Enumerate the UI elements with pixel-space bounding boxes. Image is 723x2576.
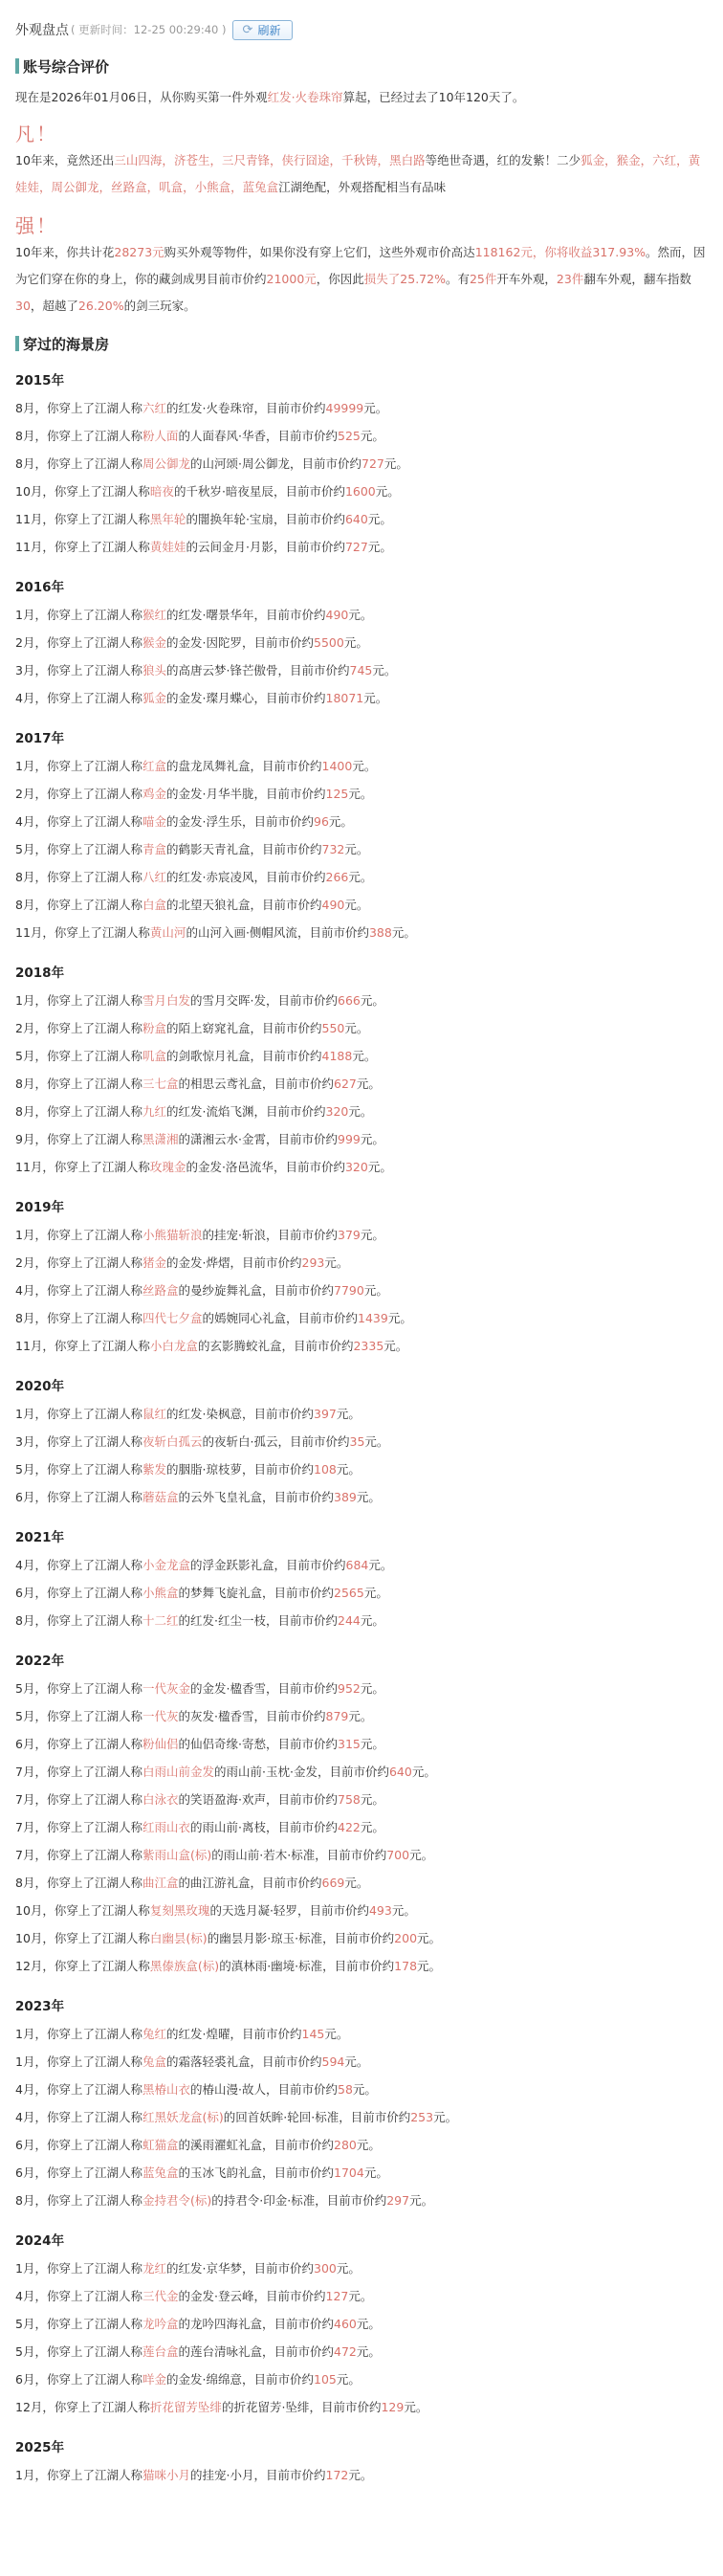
entry-of: 的 [190, 1820, 203, 1834]
combo-item: 蓝兔盒 [243, 180, 279, 194]
entry-price: 125 [326, 787, 349, 801]
entry-month: 4月 [15, 2110, 34, 2124]
entry-month: 5月 [15, 1709, 34, 1723]
entry-price-prefix: ，目前市价约 [290, 456, 361, 471]
entry-of: 的 [190, 2082, 203, 2097]
entry-price-prefix: ，目前市价约 [251, 759, 322, 773]
entry-item-name: 金发·浮生乐 [179, 814, 242, 829]
year-title: 2018年 [15, 960, 708, 987]
fan-tail: 江湖绝配，外观搭配相当有品味 [278, 180, 446, 194]
entry-unit: 元。 [364, 2165, 388, 2180]
entry-nickname: 黑椿山衣 [142, 2082, 190, 2097]
entry-unit: 元。 [357, 1077, 381, 1091]
update-time-label: ( 更新时间：12-25 00:29:40 ) [71, 22, 227, 37]
entry-prefix: ，你穿上了江湖人称 [34, 1848, 142, 1862]
list-item: 8月，你穿上了江湖人称十二红的红发·红尘一枝，目前市价约244元。 [15, 1607, 708, 1634]
list-item: 5月，你穿上了江湖人称青盒的鹤影天青礼盒，目前市价约732元。 [15, 835, 708, 863]
entry-of: 的 [178, 1876, 190, 1890]
entry-item-name: 红发·煌曜 [179, 2027, 230, 2041]
entry-nickname: 黑年轮 [150, 512, 186, 526]
entry-price: 1439 [358, 1311, 388, 1325]
entry-price: 172 [326, 2468, 349, 2482]
list-item: 10月，你穿上了江湖人称暗夜的千秋岁·暗夜星辰，目前市价约1600元。 [15, 477, 708, 505]
entry-unit: 元。 [409, 1848, 433, 1862]
entry-month: 1月 [15, 1407, 34, 1421]
entry-unit: 元。 [344, 842, 368, 856]
qiang-heading: 强！ [15, 214, 708, 237]
list-item: 1月，你穿上了江湖人称雪月白发的雪月交晖·发，目前市价约666元。 [15, 987, 708, 1014]
entry-prefix: ，你穿上了江湖人称 [34, 1434, 142, 1449]
entry-item-name: 人面春风·华香 [190, 429, 266, 443]
entry-prefix: ，你穿上了江湖人称 [34, 2054, 142, 2069]
entry-month: 8月 [15, 1613, 34, 1628]
entry-price-prefix: ，目前市价约 [253, 787, 325, 801]
entry-item-name: 红发·曙景华年 [179, 608, 254, 622]
entry-price-prefix: ，目前市价约 [253, 2289, 325, 2303]
entry-unit: 元。 [384, 456, 408, 471]
entry-item-name: 千秋岁·暗夜星辰 [186, 484, 273, 499]
entry-unit: 元。 [344, 1021, 368, 1035]
entry-of: 的 [166, 608, 179, 622]
entry-prefix: ，你穿上了江湖人称 [34, 898, 142, 912]
entry-price-prefix: ，目前市价约 [251, 1049, 322, 1063]
year-block: 2017年1月，你穿上了江湖人称红盒的盘龙凤舞礼盒，目前市价约1400元。2月，… [15, 725, 708, 946]
entry-unit: 元。 [344, 635, 368, 650]
entry-price: 244 [338, 1613, 361, 1628]
list-item: 4月，你穿上了江湖人称喵金的金发·浮生乐，目前市价约96元。 [15, 808, 708, 835]
year-title: 2015年 [15, 367, 708, 394]
entry-price: 129 [381, 2400, 404, 2414]
entry-nickname: 一代灰金 [142, 1681, 190, 1696]
entry-nickname: 金持君令(标) [142, 2193, 211, 2208]
separator: ， [676, 153, 689, 167]
entry-price-prefix: ，目前市价约 [242, 2261, 314, 2276]
entry-prefix: ，你穿上了江湖人称 [34, 635, 142, 650]
entry-item-name: 金发·楹香雪 [203, 1681, 266, 1696]
entry-nickname: 猫咪小月 [142, 2468, 190, 2482]
combo-item: 周公御龙 [52, 180, 99, 194]
year-title: 2019年 [15, 1194, 708, 1221]
entry-prefix: ，你穿上了江湖人称 [34, 1709, 142, 1723]
year-block: 2018年1月，你穿上了江湖人称雪月白发的雪月交晖·发，目前市价约666元。2月… [15, 960, 708, 1181]
entry-prefix: ，你穿上了江湖人称 [34, 993, 142, 1008]
combo-item: 丝路盒 [111, 180, 147, 194]
entry-prefix: ，你穿上了江湖人称 [34, 870, 142, 884]
entry-price: 684 [346, 1558, 369, 1572]
list-item: 7月，你穿上了江湖人称白泳衣的笑语盈海·欢声，目前市价约758元。 [15, 1786, 708, 1813]
entry-nickname: 六红 [142, 401, 166, 415]
entry-of: 的 [202, 1434, 214, 1449]
entry-price: 320 [326, 1104, 349, 1119]
entry-month: 11月 [15, 512, 42, 526]
entry-of: 的 [178, 1586, 190, 1600]
entry-prefix: ，你穿上了江湖人称 [34, 1490, 142, 1504]
entry-prefix: ，你穿上了江湖人称 [34, 1820, 142, 1834]
rare-item: 三山四海 [114, 153, 162, 167]
entry-month: 4月 [15, 2082, 34, 2097]
entry-item-name: 胭脂·琼枝萝 [179, 1462, 242, 1477]
list-item: 3月，你穿上了江湖人称狼头的高唐云梦·锋芒傲骨，目前市价约745元。 [15, 656, 708, 684]
entry-nickname: 白盒 [142, 898, 166, 912]
entry-price: 293 [302, 1255, 325, 1270]
fan-lead: 10年来，竟然还出 [15, 153, 114, 167]
entry-item-name: 云间金月·月影 [198, 540, 274, 554]
entry-month: 4月 [15, 1283, 34, 1298]
entry-item-name: 金发·绵绵意 [179, 2372, 242, 2387]
entry-prefix: ，你穿上了江湖人称 [42, 1931, 150, 1945]
list-item: 4月，你穿上了江湖人称红黑妖龙盒(标)的回首妖眸·轮回·标准，目前市价约253元… [15, 2103, 708, 2131]
entry-price: 105 [314, 2372, 337, 2387]
entry-price: 1704 [334, 2165, 364, 2180]
year-block: 2023年1月，你穿上了江湖人称兔红的红发·煌曜，目前市价约145元。1月，你穿… [15, 1993, 708, 2214]
year-title: 2016年 [15, 574, 708, 601]
list-item: 4月，你穿上了江湖人称三代金的金发·登云峰，目前市价约127元。 [15, 2282, 708, 2310]
entry-item-name: 雪月交晖·发 [203, 993, 266, 1008]
entry-item-name: 鹤影天青礼盒 [179, 842, 251, 856]
entry-month: 5月 [15, 1681, 34, 1696]
entry-price-prefix: ，目前市价约 [251, 2054, 322, 2069]
entry-prefix: ，你穿上了江湖人称 [42, 1959, 150, 1973]
entry-price-prefix: ，目前市价约 [274, 540, 345, 554]
entry-prefix: ，你穿上了江湖人称 [34, 608, 142, 622]
combo-item: 小熊盒 [195, 180, 231, 194]
entry-price: 108 [314, 1462, 337, 1477]
list-item: 6月，你穿上了江湖人称虹猫盒的溪雨濯虹礼盒，目前市价约280元。 [15, 2131, 708, 2159]
entry-price: 594 [322, 2054, 345, 2069]
entry-month: 6月 [15, 2372, 34, 2387]
entry-price: 1400 [322, 759, 353, 773]
entry-month: 8月 [15, 870, 34, 884]
entry-prefix: ，你穿上了江湖人称 [34, 2289, 142, 2303]
entry-of: 的 [211, 1848, 224, 1862]
entry-nickname: 红雨山衣 [142, 1820, 190, 1834]
entry-of: 的 [166, 691, 179, 705]
fan-mid: 等绝世奇遇，红的发紫！二少 [426, 153, 581, 167]
entry-unit: 元。 [372, 663, 396, 677]
combo-item: 六红 [652, 153, 676, 167]
entry-prefix: ，你穿上了江湖人称 [34, 814, 142, 829]
entry-unit: 元。 [361, 1228, 384, 1242]
entry-price: 253 [410, 2110, 433, 2124]
section-accent-bar [15, 336, 19, 351]
entry-nickname: 折花留芳坠绯 [150, 2400, 222, 2414]
list-item: 4月，你穿上了江湖人称黑椿山衣的椿山漫·故人，目前市价约58元。 [15, 2076, 708, 2103]
entry-price: 300 [314, 2261, 337, 2276]
entry-price: 727 [345, 540, 368, 554]
entry-price: 315 [338, 1737, 361, 1751]
entry-unit: 元。 [344, 898, 368, 912]
entry-item-name: 曼纱旋舞礼盒 [190, 1283, 262, 1298]
entry-price: 58 [338, 2082, 353, 2097]
entry-item-name: 金发·月华半胧 [179, 787, 254, 801]
entry-nickname: 虹猫盒 [142, 2138, 179, 2152]
entry-item-name: 相思云鸢礼盒 [190, 1077, 262, 1091]
entry-of: 的 [190, 993, 203, 1008]
entry-unit: 元。 [348, 608, 372, 622]
refresh-button[interactable]: ⟳ 刷新 [232, 20, 294, 40]
entry-price-prefix: ，目前市价约 [262, 1586, 334, 1600]
entry-nickname: 曲江盒 [142, 1876, 179, 1890]
entry-prefix: ，你穿上了江湖人称 [34, 1876, 142, 1890]
entry-of: 的 [166, 2372, 179, 2387]
entry-item-name: 红发·京华梦 [179, 2261, 242, 2276]
year-block: 2015年8月，你穿上了江湖人称六红的红发·火卷珠帘，目前市价约49999元。8… [15, 367, 708, 561]
entry-of: 的 [166, 401, 179, 415]
entry-price-prefix: ，目前市价约 [266, 1820, 338, 1834]
entry-month: 1月 [15, 2468, 34, 2482]
entry-prefix: ，你穿上了江湖人称 [34, 1049, 142, 1063]
entry-price-prefix: ，目前市价约 [251, 1876, 322, 1890]
entry-prefix: ，你穿上了江湖人称 [34, 1283, 142, 1298]
list-item: 5月，你穿上了江湖人称莲台盒的莲台清咏礼盒，目前市价约472元。 [15, 2338, 708, 2365]
entry-price: 320 [345, 1160, 368, 1174]
entry-of: 的 [214, 1765, 227, 1779]
entry-price-prefix: ，目前市价约 [262, 2165, 334, 2180]
list-item: 2月，你穿上了江湖人称粉盒的陌上窈窕礼盒，目前市价约550元。 [15, 1014, 708, 1042]
entry-nickname: 暗夜 [150, 484, 174, 499]
entry-month: 8月 [15, 429, 34, 443]
list-item: 8月，你穿上了江湖人称金持君令(标)的持君令·印金·标准，目前市价约297元。 [15, 2187, 708, 2214]
entry-item-name: 金发·洛邑流华 [198, 1160, 274, 1174]
entry-month: 8月 [15, 1077, 34, 1091]
separator: ， [39, 180, 52, 194]
entry-unit: 元。 [361, 1792, 384, 1807]
entry-nickname: 蓝兔盒 [142, 2165, 179, 2180]
entry-nickname: 狐金 [142, 691, 166, 705]
year-block: 2022年5月，你穿上了江湖人称一代灰金的金发·楹香雪，目前市价约952元。5月… [15, 1648, 708, 1980]
entry-of: 的 [178, 1077, 190, 1091]
separator: ， [230, 180, 243, 194]
entry-price-prefix: ，目前市价约 [286, 1311, 358, 1325]
entry-month: 1月 [15, 2027, 34, 2041]
list-item: 8月，你穿上了江湖人称六红的红发·火卷珠帘，目前市价约49999元。 [15, 394, 708, 422]
separator: ， [147, 180, 160, 194]
entry-unit: 元。 [324, 2027, 348, 2041]
entry-unit: 元。 [368, 1160, 392, 1174]
entry-of: 的 [178, 2138, 190, 2152]
entry-nickname: 黄山河 [150, 925, 186, 940]
entry-prefix: ，你穿上了江湖人称 [42, 925, 150, 940]
entry-month: 4月 [15, 1558, 34, 1572]
entry-of: 的 [166, 1255, 179, 1270]
entry-unit: 元。 [337, 1407, 361, 1421]
list-item: 5月，你穿上了江湖人称紫发的胭脂·琼枝萝，目前市价约108元。 [15, 1455, 708, 1483]
entry-price-prefix: ，目前市价约 [266, 1681, 338, 1696]
entry-price: 727 [361, 456, 384, 471]
entry-nickname: 鼠红 [142, 1407, 166, 1421]
entry-of: 的 [198, 1339, 210, 1353]
entry-of: 的 [186, 540, 198, 554]
year-title: 2023年 [15, 1993, 708, 2020]
entry-prefix: ，你穿上了江湖人称 [34, 2165, 142, 2180]
entry-nickname: 白泳衣 [142, 1792, 179, 1807]
entry-price: 2565 [334, 1586, 364, 1600]
entry-item-name: 山河入画·侧帽风流 [198, 925, 297, 940]
entry-unit: 元。 [352, 759, 376, 773]
entry-item-name: 滇林雨·幽境·标准 [231, 1959, 322, 1973]
entry-price-prefix: ，目前市价约 [339, 2110, 410, 2124]
entry-unit: 元。 [348, 2468, 372, 2482]
entry-prefix: ，你穿上了江湖人称 [34, 429, 142, 443]
section-accent-bar [15, 58, 19, 74]
intro-paragraph: 现在是2026年01月06日，从你购买第一件外观红发·火卷珠帘算起，已经过去了1… [15, 86, 708, 109]
entry-price-prefix: ，目前市价约 [266, 2082, 338, 2097]
entry-price-prefix: ，目前市价约 [266, 1613, 338, 1628]
entry-price: 178 [394, 1959, 417, 1973]
entry-price-prefix: ，目前市价约 [262, 2317, 334, 2331]
entry-of: 的 [190, 2468, 203, 2482]
entry-price-prefix: ，目前市价约 [322, 1931, 394, 1945]
entry-price: 297 [386, 2193, 409, 2208]
entry-nickname: 三代金 [142, 2289, 179, 2303]
list-item: 4月，你穿上了江湖人称丝路盒的曼纱旋舞礼盒，目前市价约7790元。 [15, 1277, 708, 1304]
entry-prefix: ，你穿上了江湖人称 [34, 1255, 142, 1270]
entry-of: 的 [211, 2193, 224, 2208]
entry-of: 的 [166, 2054, 179, 2069]
entry-nickname: 鸡金 [142, 787, 166, 801]
entry-price: 669 [322, 1876, 345, 1890]
entry-price: 490 [326, 608, 349, 622]
entry-unit: 元。 [361, 1681, 384, 1696]
entry-unit: 元。 [392, 1903, 416, 1918]
entry-price-prefix: ，目前市价约 [242, 1462, 314, 1477]
entry-month: 6月 [15, 2138, 34, 2152]
list-item: 6月，你穿上了江湖人称蘑菇盒的云外飞皇礼盒，目前市价约389元。 [15, 1483, 708, 1511]
entry-nickname: 白幽昙(标) [150, 1931, 208, 1945]
entry-of: 的 [174, 484, 186, 499]
entry-item-name: 红发·红尘一枝 [190, 1613, 266, 1628]
entry-unit: 元。 [409, 2193, 433, 2208]
list-item: 5月，你穿上了江湖人称一代灰金的金发·楹香雪，目前市价约952元。 [15, 1675, 708, 1702]
entry-of: 的 [166, 1049, 179, 1063]
entry-month: 5月 [15, 842, 34, 856]
entry-price: 2335 [353, 1339, 383, 1353]
entry-price: 18071 [326, 691, 364, 705]
year-title: 2021年 [15, 1524, 708, 1551]
entry-unit: 元。 [404, 2400, 427, 2414]
entry-nickname: 莲台盒 [142, 2344, 179, 2359]
entry-prefix: ，你穿上了江湖人称 [42, 540, 150, 554]
entry-price-prefix: ，目前市价约 [253, 1709, 325, 1723]
entry-nickname: 雪月白发 [142, 993, 190, 1008]
entry-price-prefix: ，目前市价约 [274, 1558, 346, 1572]
entry-prefix: ，你穿上了江湖人称 [34, 1765, 142, 1779]
entry-of: 的 [190, 1681, 203, 1696]
entry-price: 280 [334, 2138, 357, 2152]
entry-item-name: 霜落轻裘礼盒 [179, 2054, 251, 2069]
entry-month: 5月 [15, 1462, 34, 1477]
entry-price: 127 [326, 2289, 349, 2303]
entry-month: 6月 [15, 2165, 34, 2180]
section-worn-items: 穿过的海景房 [15, 333, 708, 354]
entry-month: 3月 [15, 1434, 34, 1449]
combo-item: 狐金 [581, 153, 604, 167]
list-item: 7月，你穿上了江湖人称白雨山前金发的雨山前·玉枕·金发，目前市价约640元。 [15, 1758, 708, 1786]
entry-item-name: 仙侣奇缘·寄愁 [190, 1737, 266, 1751]
entry-of: 的 [178, 2165, 190, 2180]
entry-nickname: 叽盒 [142, 1049, 166, 1063]
entry-month: 12月 [15, 1959, 42, 1973]
fan-paragraph: 10年来，竟然还出三山四海，济苍生，三尺青锋，侠行囧途，千秋铸，黑白路等绝世奇遇… [15, 147, 708, 201]
entry-of: 的 [178, 1613, 190, 1628]
list-item: 11月，你穿上了江湖人称小白龙盒的玄影腾蛟礼盒，目前市价约2335元。 [15, 1332, 708, 1360]
entry-of: 的 [178, 2344, 190, 2359]
entry-of: 的 [166, 1407, 179, 1421]
entry-of: 的 [178, 429, 190, 443]
entry-price-prefix: ，目前市价约 [242, 635, 314, 650]
entry-item-name: 莲台清咏礼盒 [190, 2344, 262, 2359]
entry-prefix: ，你穿上了江湖人称 [34, 1462, 142, 1477]
entry-nickname: 小熊猫斩浪 [142, 1228, 203, 1242]
entry-price-prefix: ，目前市价约 [266, 1792, 338, 1807]
entry-month: 8月 [15, 1876, 34, 1890]
separator: ， [604, 153, 617, 167]
entry-month: 6月 [15, 1737, 34, 1751]
entry-unit: 元。 [417, 1931, 441, 1945]
list-item: 1月，你穿上了江湖人称猴红的红发·曙景华年，目前市价约490元。 [15, 601, 708, 629]
page-title: 外观盘点 [15, 20, 69, 39]
entry-month: 11月 [15, 925, 42, 940]
entry-prefix: ，你穿上了江湖人称 [34, 842, 142, 856]
year-block: 2024年1月，你穿上了江湖人称龙红的红发·京华梦，目前市价约300元。4月，你… [15, 2228, 708, 2421]
list-item: 6月，你穿上了江湖人称蓝兔盒的玉冰飞韵礼盒，目前市价约1704元。 [15, 2159, 708, 2187]
entry-of: 的 [166, 898, 179, 912]
entry-item-name: 雨山前·若木·标准 [224, 1848, 315, 1862]
entry-month: 9月 [15, 1132, 34, 1146]
entry-item-name: 红发·流焰飞渊 [179, 1104, 254, 1119]
entry-price-prefix: ，目前市价约 [242, 814, 314, 829]
entry-price: 7790 [334, 1283, 364, 1298]
entry-prefix: ，你穿上了江湖人称 [34, 2027, 142, 2041]
entry-item-name: 天选月凝·轻罗 [222, 1903, 297, 1918]
entry-price: 999 [338, 1132, 361, 1146]
entry-unit: 元。 [364, 1283, 388, 1298]
entry-item-name: 玄影腾蛟礼盒 [209, 1339, 281, 1353]
entry-price: 666 [338, 993, 361, 1008]
list-item: 6月，你穿上了江湖人称小熊盒的梦舞飞旋礼盒，目前市价约2565元。 [15, 1579, 708, 1607]
entry-month: 11月 [15, 1339, 42, 1353]
entry-month: 11月 [15, 540, 42, 554]
entry-of: 的 [166, 842, 179, 856]
entry-item-name: 梦舞飞旋礼盒 [190, 1586, 262, 1600]
entry-price-prefix: ，目前市价约 [297, 925, 369, 940]
entry-item-name: 金发·璨月蝶心 [179, 691, 254, 705]
list-item: 8月，你穿上了江湖人称四代七夕盒的嫣婉同心礼盒，目前市价约1439元。 [15, 1304, 708, 1332]
entry-item-name: 陌上窈窕礼盒 [179, 1021, 251, 1035]
entry-price: 732 [322, 842, 345, 856]
entry-nickname: 粉仙侣 [142, 1737, 179, 1751]
entry-prefix: ，你穿上了江湖人称 [42, 1339, 150, 1353]
year-title: 2020年 [15, 1373, 708, 1400]
entry-price: 700 [386, 1848, 409, 1862]
list-item: 8月，你穿上了江湖人称粉人面的人面春风·华香，目前市价约525元。 [15, 422, 708, 450]
entry-unit: 元。 [348, 870, 372, 884]
list-item: 2月，你穿上了江湖人称鸡金的金发·月华半胧，目前市价约125元。 [15, 780, 708, 808]
entry-unit: 元。 [363, 691, 387, 705]
entry-prefix: ，你穿上了江湖人称 [34, 2372, 142, 2387]
rare-item: 千秋铸 [341, 153, 378, 167]
entry-nickname: 粉人面 [142, 429, 179, 443]
entry-price-prefix: ，目前市价约 [230, 2027, 301, 2041]
entry-price-prefix: ，目前市价约 [242, 1407, 314, 1421]
entry-prefix: ，你穿上了江湖人称 [34, 2082, 142, 2097]
entry-month: 2月 [15, 635, 34, 650]
entry-month: 8月 [15, 1104, 34, 1119]
entry-of: 的 [166, 2261, 179, 2276]
entry-of: 的 [202, 1311, 214, 1325]
entry-prefix: ，你穿上了江湖人称 [34, 456, 142, 471]
entry-price-prefix: ，目前市价约 [274, 512, 345, 526]
